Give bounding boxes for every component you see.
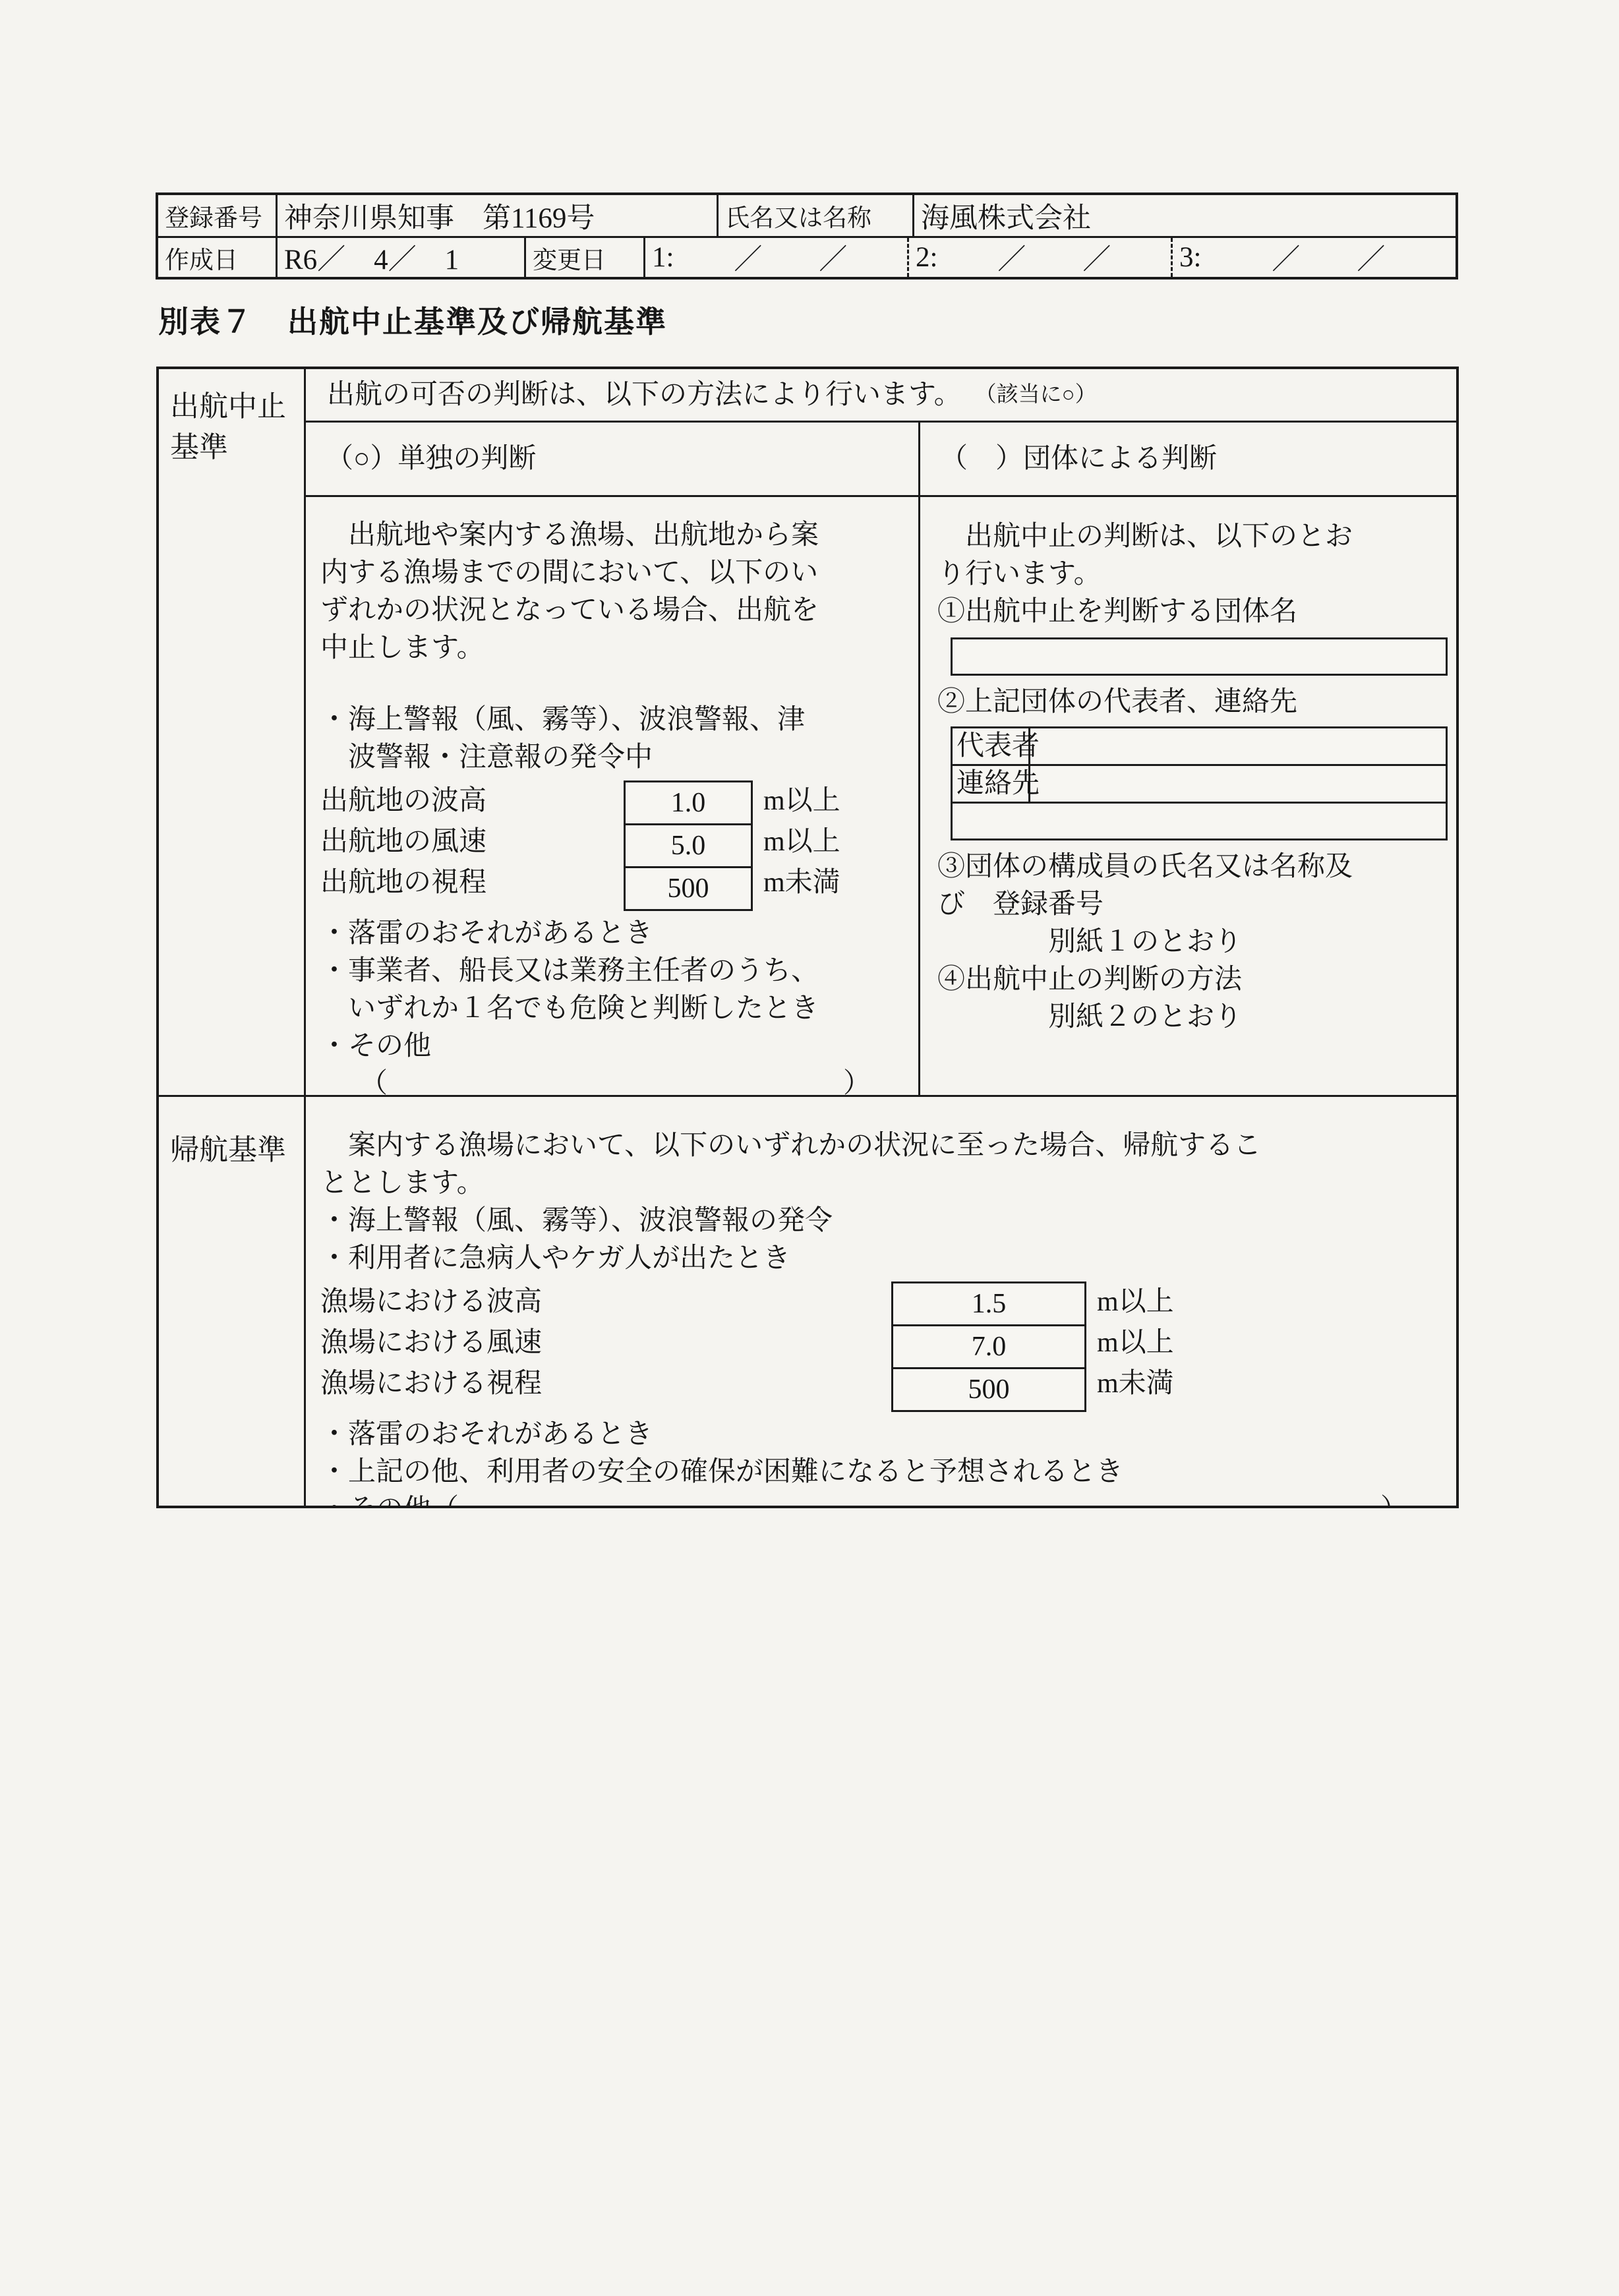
members-item-line: び 登録番号 [937,886,1447,924]
measurement-labels: 漁場における波高 漁場における風速 漁場における視程 [320,1281,891,1412]
wave-height-value: 1.0 [626,782,751,823]
return-section-label: 帰航基準 [159,1097,306,1506]
departure-para-line: 内する漁場までの間において、以下のい [320,554,909,592]
departure-para-line: 出航地や案内する漁場、出航地から案 [320,517,909,554]
departure-section-body: 出航の可否の判断は、以下の方法により行います。 （該当に○） （○）単独の判断 … [306,369,1456,1095]
representative-label: 代表者 [953,728,1030,764]
fishing-wind-speed-unit: m以上 [1097,1322,1174,1363]
change-2-number: 2: [916,241,937,274]
group-judgment-cell: 出航中止の判断は、以下のとお り行います。 ①出航中止を判断する団体名 ②上記団… [920,497,1456,1095]
members-item-line: ③団体の構成員の氏名又は名称及 [937,848,1447,886]
group-para-line: り行います。 [937,556,1447,593]
change-1-number: 1: [652,241,674,274]
other-blank-parens: （ ） [360,1065,871,1095]
measurement-units: m以上 m以上 m未満 [1097,1281,1174,1412]
return-para-line: 案内する漁場において、以下のいずれかの状況に至った場合、帰航するこ [320,1127,1447,1165]
contact-blank-area [953,804,1446,839]
measurement-units: m以上 m以上 m未満 [763,780,840,911]
warning-bullet-line: 波警報・注意報の発令中 [320,739,909,777]
scanned-form-page: 登録番号 神奈川県知事 第1169号 氏名又は名称 海風株式会社 作成日 R6／… [0,0,1619,2296]
change-date-3: 3: ／ ／ [1171,238,1456,277]
fishing-visibility-label: 漁場における視程 [320,1363,891,1404]
lightning-bullet: ・落雷のおそれがあるとき [320,915,909,953]
open-paren: （ [360,1065,388,1095]
change-date-2: 2: ／ ／ [907,238,1171,277]
wave-height-label: 出航地の波高 [320,780,624,821]
attachment2-note: 別紙２のとおり [1048,999,1447,1036]
return-label-text: 帰航基準 [170,1130,300,1171]
criteria-table: 出航中止 基準 出航の可否の判断は、以下の方法により行います。 （該当に○） （… [156,367,1459,1508]
measurement-value-boxes: 1.0 5.0 500 [624,780,753,911]
page-title: 別表７出航中止基準及び帰航基準 [158,298,667,341]
other-bullet: ・その他 [320,1028,909,1065]
choice-group-cell: （ ）団体による判断 [920,423,1456,495]
operator-bullet-line: いずれか１名でも危険と判断したとき [320,990,909,1028]
warning-bullet-line: ・海上警報（風、霧等）、波浪警報、津 [320,701,909,739]
return-measurements: 漁場における波高 漁場における風速 漁場における視程 1.5 7.0 500 m… [320,1281,1447,1412]
registration-row-1: 登録番号 神奈川県知事 第1169号 氏名又は名称 海風株式会社 [158,195,1456,236]
fishing-wave-height-label: 漁場における波高 [320,1281,891,1322]
return-other-line: ・その他（ ） [320,1491,1408,1506]
wind-speed-value: 5.0 [626,823,751,866]
fishing-visibility-unit: m未満 [1097,1363,1174,1404]
return-lightning-bullet: ・落雷のおそれがあるとき [320,1416,1447,1454]
operator-bullet-line: ・事業者、船長又は業務主任者のうち、 [320,953,909,990]
representative-contact-box: 代表者 連絡先 [951,726,1448,840]
representative-row: 代表者 [953,728,1446,766]
visibility-label: 出航地の視程 [320,862,624,903]
departure-para-line: ずれかの状況となっている場合、出航を [320,592,909,630]
departure-section-row: 出航中止 基準 出航の可否の判断は、以下の方法により行います。 （該当に○） （… [159,369,1456,1097]
judgment-method-header: 出航の可否の判断は、以下の方法により行います。 （該当に○） [306,369,1456,423]
group-name-item: ①出航中止を判断する団体名 [937,593,1447,631]
page-title-text: 出航中止基準及び帰航基準 [287,305,667,339]
measurement-value-boxes: 1.5 7.0 500 [891,1281,1086,1412]
return-safety-bullet: ・上記の他、利用者の安全の確保が困難になると予想されるとき [320,1454,1447,1491]
attachment1-note: 別紙１のとおり [1048,924,1447,961]
registration-number-label: 登録番号 [158,195,276,236]
registration-number-value: 神奈川県知事 第1169号 [276,195,717,236]
choice-single-cell: （○）単独の判断 [306,423,920,495]
method-item: ④出航中止の判断の方法 [937,961,1447,999]
change-3-number: 3: [1179,241,1201,274]
representative-item: ②上記団体の代表者、連絡先 [937,684,1447,721]
created-date-label: 作成日 [158,238,276,277]
group-para-line: 出航中止の判断は、以下のとお [937,518,1447,556]
fishing-wind-speed-value: 7.0 [893,1324,1084,1367]
registration-table: 登録番号 神奈川県知事 第1169号 氏名又は名称 海風株式会社 作成日 R6／… [156,192,1458,280]
wave-height-unit: m以上 [763,780,840,821]
criteria-body-row: 出航地や案内する漁場、出航地から案 内する漁場までの間において、以下のい ずれか… [306,497,1456,1095]
judgment-method-text: 出航の可否の判断は、以下の方法により行います。 [327,376,962,414]
return-para-line: ととします。 [320,1165,1447,1202]
return-section-body: 案内する漁場において、以下のいずれかの状況に至った場合、帰航するこ ととします。… [306,1097,1456,1506]
wind-speed-unit: m以上 [763,821,840,862]
choice-group-text: （ ）団体による判断 [940,440,1217,478]
fishing-visibility-value: 500 [893,1367,1084,1410]
fishing-wind-speed-label: 漁場における風速 [320,1322,891,1363]
return-warning-bullet: ・海上警報（風、霧等）、波浪警報の発令 [320,1202,1447,1240]
judgment-method-note: （該当に○） [975,376,1097,414]
return-other-open: ・その他（ [320,1491,459,1506]
spacer [320,667,909,701]
close-paren: ） [843,1065,871,1095]
visibility-value: 500 [626,866,751,909]
change-1-slashes: ／ ／ [674,238,907,277]
contact-row: 連絡先 [953,766,1446,804]
departure-label-line-1: 出航中止 [170,386,300,427]
name-label: 氏名又は名称 [717,195,912,236]
page-title-prefix: 別表７ [158,305,253,339]
change-3-slashes: ／ ／ [1201,238,1456,277]
departure-section-label: 出航中止 基準 [159,369,306,1095]
measurement-labels: 出航地の波高 出航地の風速 出航地の視程 [320,780,624,911]
change-date-1: 1: ／ ／ [643,238,907,277]
changed-date-label: 変更日 [524,238,643,277]
created-date-value: R6／ 4／ 1 [276,238,524,277]
departure-para-line: 中止します。 [320,630,909,667]
single-judgment-cell: 出航地や案内する漁場、出航地から案 内する漁場までの間において、以下のい ずれか… [306,497,920,1095]
departure-measurements: 出航地の波高 出航地の風速 出航地の視程 1.0 5.0 500 m以上 [320,780,909,911]
choice-single-text: （○）単独の判断 [326,440,536,478]
name-value: 海風株式会社 [912,195,1456,236]
contact-label: 連絡先 [953,766,1030,802]
return-section-row: 帰航基準 案内する漁場において、以下のいずれかの状況に至った場合、帰航するこ と… [159,1097,1456,1506]
return-injury-bullet: ・利用者に急病人やケガ人が出たとき [320,1240,1447,1278]
wind-speed-label: 出航地の風速 [320,821,624,862]
fishing-wave-height-value: 1.5 [893,1283,1084,1324]
visibility-unit: m未満 [763,862,840,903]
registration-row-2: 作成日 R6／ 4／ 1 変更日 1: ／ ／ 2: ／ ／ 3: ／ ／ [158,236,1456,277]
return-other-close: ） [1380,1491,1408,1506]
judgment-choice-row: （○）単独の判断 （ ）団体による判断 [306,423,1456,497]
group-name-fill-box [951,637,1448,676]
departure-label-line-2: 基準 [170,427,300,468]
fishing-wave-height-unit: m以上 [1097,1281,1174,1322]
change-2-slashes: ／ ／ [937,238,1171,277]
